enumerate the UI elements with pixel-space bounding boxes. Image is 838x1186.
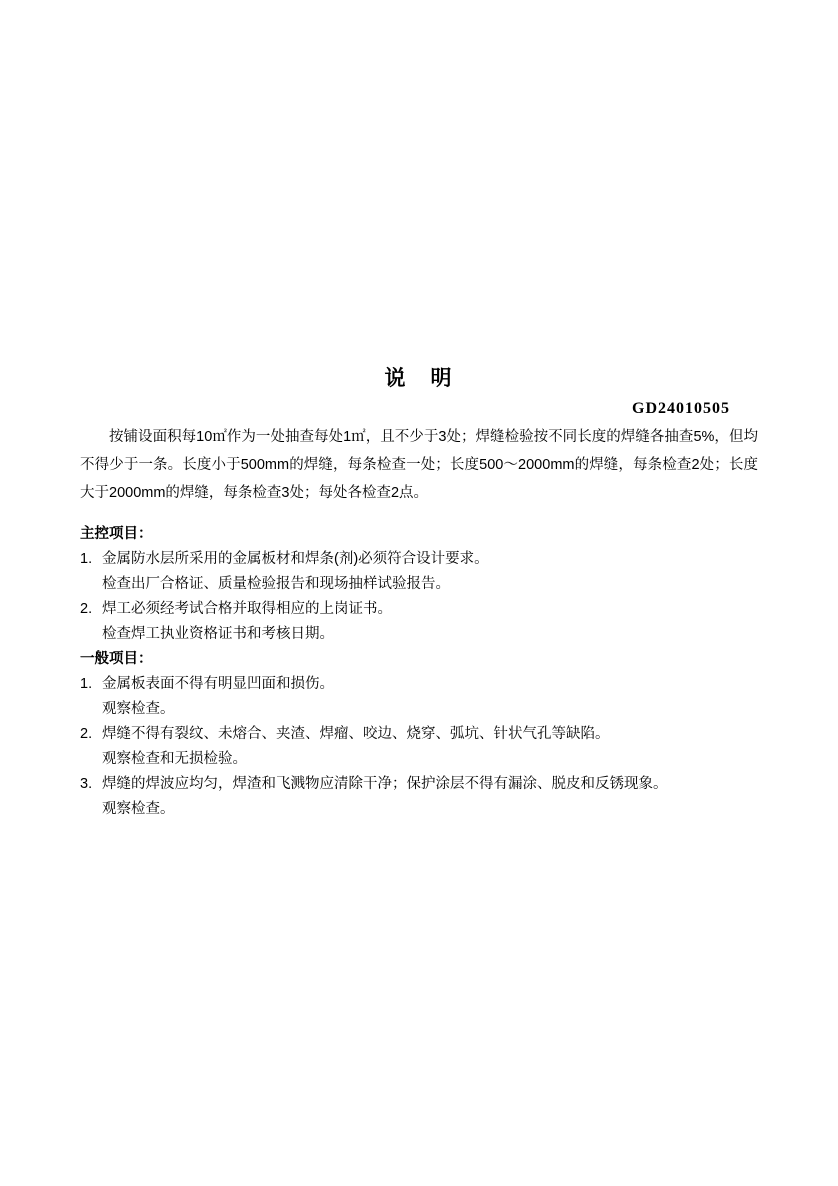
item-text: 金属防水层所采用的金属板材和焊条(剂)必须符合设计要求。 xyxy=(102,551,489,567)
item-text: 焊缝不得有裂纹、未熔合、夹渣、焊瘤、咬边、烧穿、弧坑、针状气孔等缺陷。 xyxy=(102,726,610,742)
list-item: 2. 焊工必须经考试合格并取得相应的上岗证书。 xyxy=(80,597,758,622)
list-item: 1. 金属防水层所采用的金属板材和焊条(剂)必须符合设计要求。 xyxy=(80,547,758,572)
list-item: 3. 焊缝的焊波应均匀，焊渣和飞溅物应清除干净；保护涂层不得有漏涂、脱皮和反锈现… xyxy=(80,772,758,797)
item-number: 2. xyxy=(80,597,92,622)
item-number: 3. xyxy=(80,772,92,797)
item-text: 焊缝的焊波应均匀，焊渣和飞溅物应清除干净；保护涂层不得有漏涂、脱皮和反锈现象。 xyxy=(102,776,668,792)
list-item: 1. 金属板表面不得有明显凹面和损伤。 xyxy=(80,672,758,697)
document-number: GD24010505 xyxy=(80,399,758,418)
item-number: 1. xyxy=(80,547,92,572)
section-heading-main-control-items: 主控项目： xyxy=(80,522,758,547)
item-inspection-note: 观察检查。 xyxy=(80,697,758,722)
list-item: 2. 焊缝不得有裂纹、未熔合、夹渣、焊瘤、咬边、烧穿、弧坑、针状气孔等缺陷。 xyxy=(80,722,758,747)
item-inspection-note: 观察检查和无损检验。 xyxy=(80,747,758,772)
document-content: 说 明 GD24010505 按铺设面积每10㎡作为一处抽查每处1㎡，且不少于3… xyxy=(80,366,758,822)
item-inspection-note: 检查出厂合格证、质量检验报告和现场抽样试验报告。 xyxy=(80,572,758,597)
page-title: 说 明 xyxy=(80,366,758,392)
item-number: 2. xyxy=(80,722,92,747)
item-number: 1. xyxy=(80,672,92,697)
item-text: 焊工必须经考试合格并取得相应的上岗证书。 xyxy=(102,601,392,617)
item-inspection-note: 观察检查。 xyxy=(80,797,758,822)
intro-paragraph: 按铺设面积每10㎡作为一处抽查每处1㎡，且不少于3处；焊缝检验按不同长度的焊缝各… xyxy=(80,423,758,507)
item-inspection-note: 检查焊工执业资格证书和考核日期。 xyxy=(80,622,758,647)
document-page: 说 明 GD24010505 按铺设面积每10㎡作为一处抽查每处1㎡，且不少于3… xyxy=(0,0,838,1186)
item-text: 金属板表面不得有明显凹面和损伤。 xyxy=(102,676,334,692)
section-heading-general-items: 一般项目： xyxy=(80,647,758,672)
